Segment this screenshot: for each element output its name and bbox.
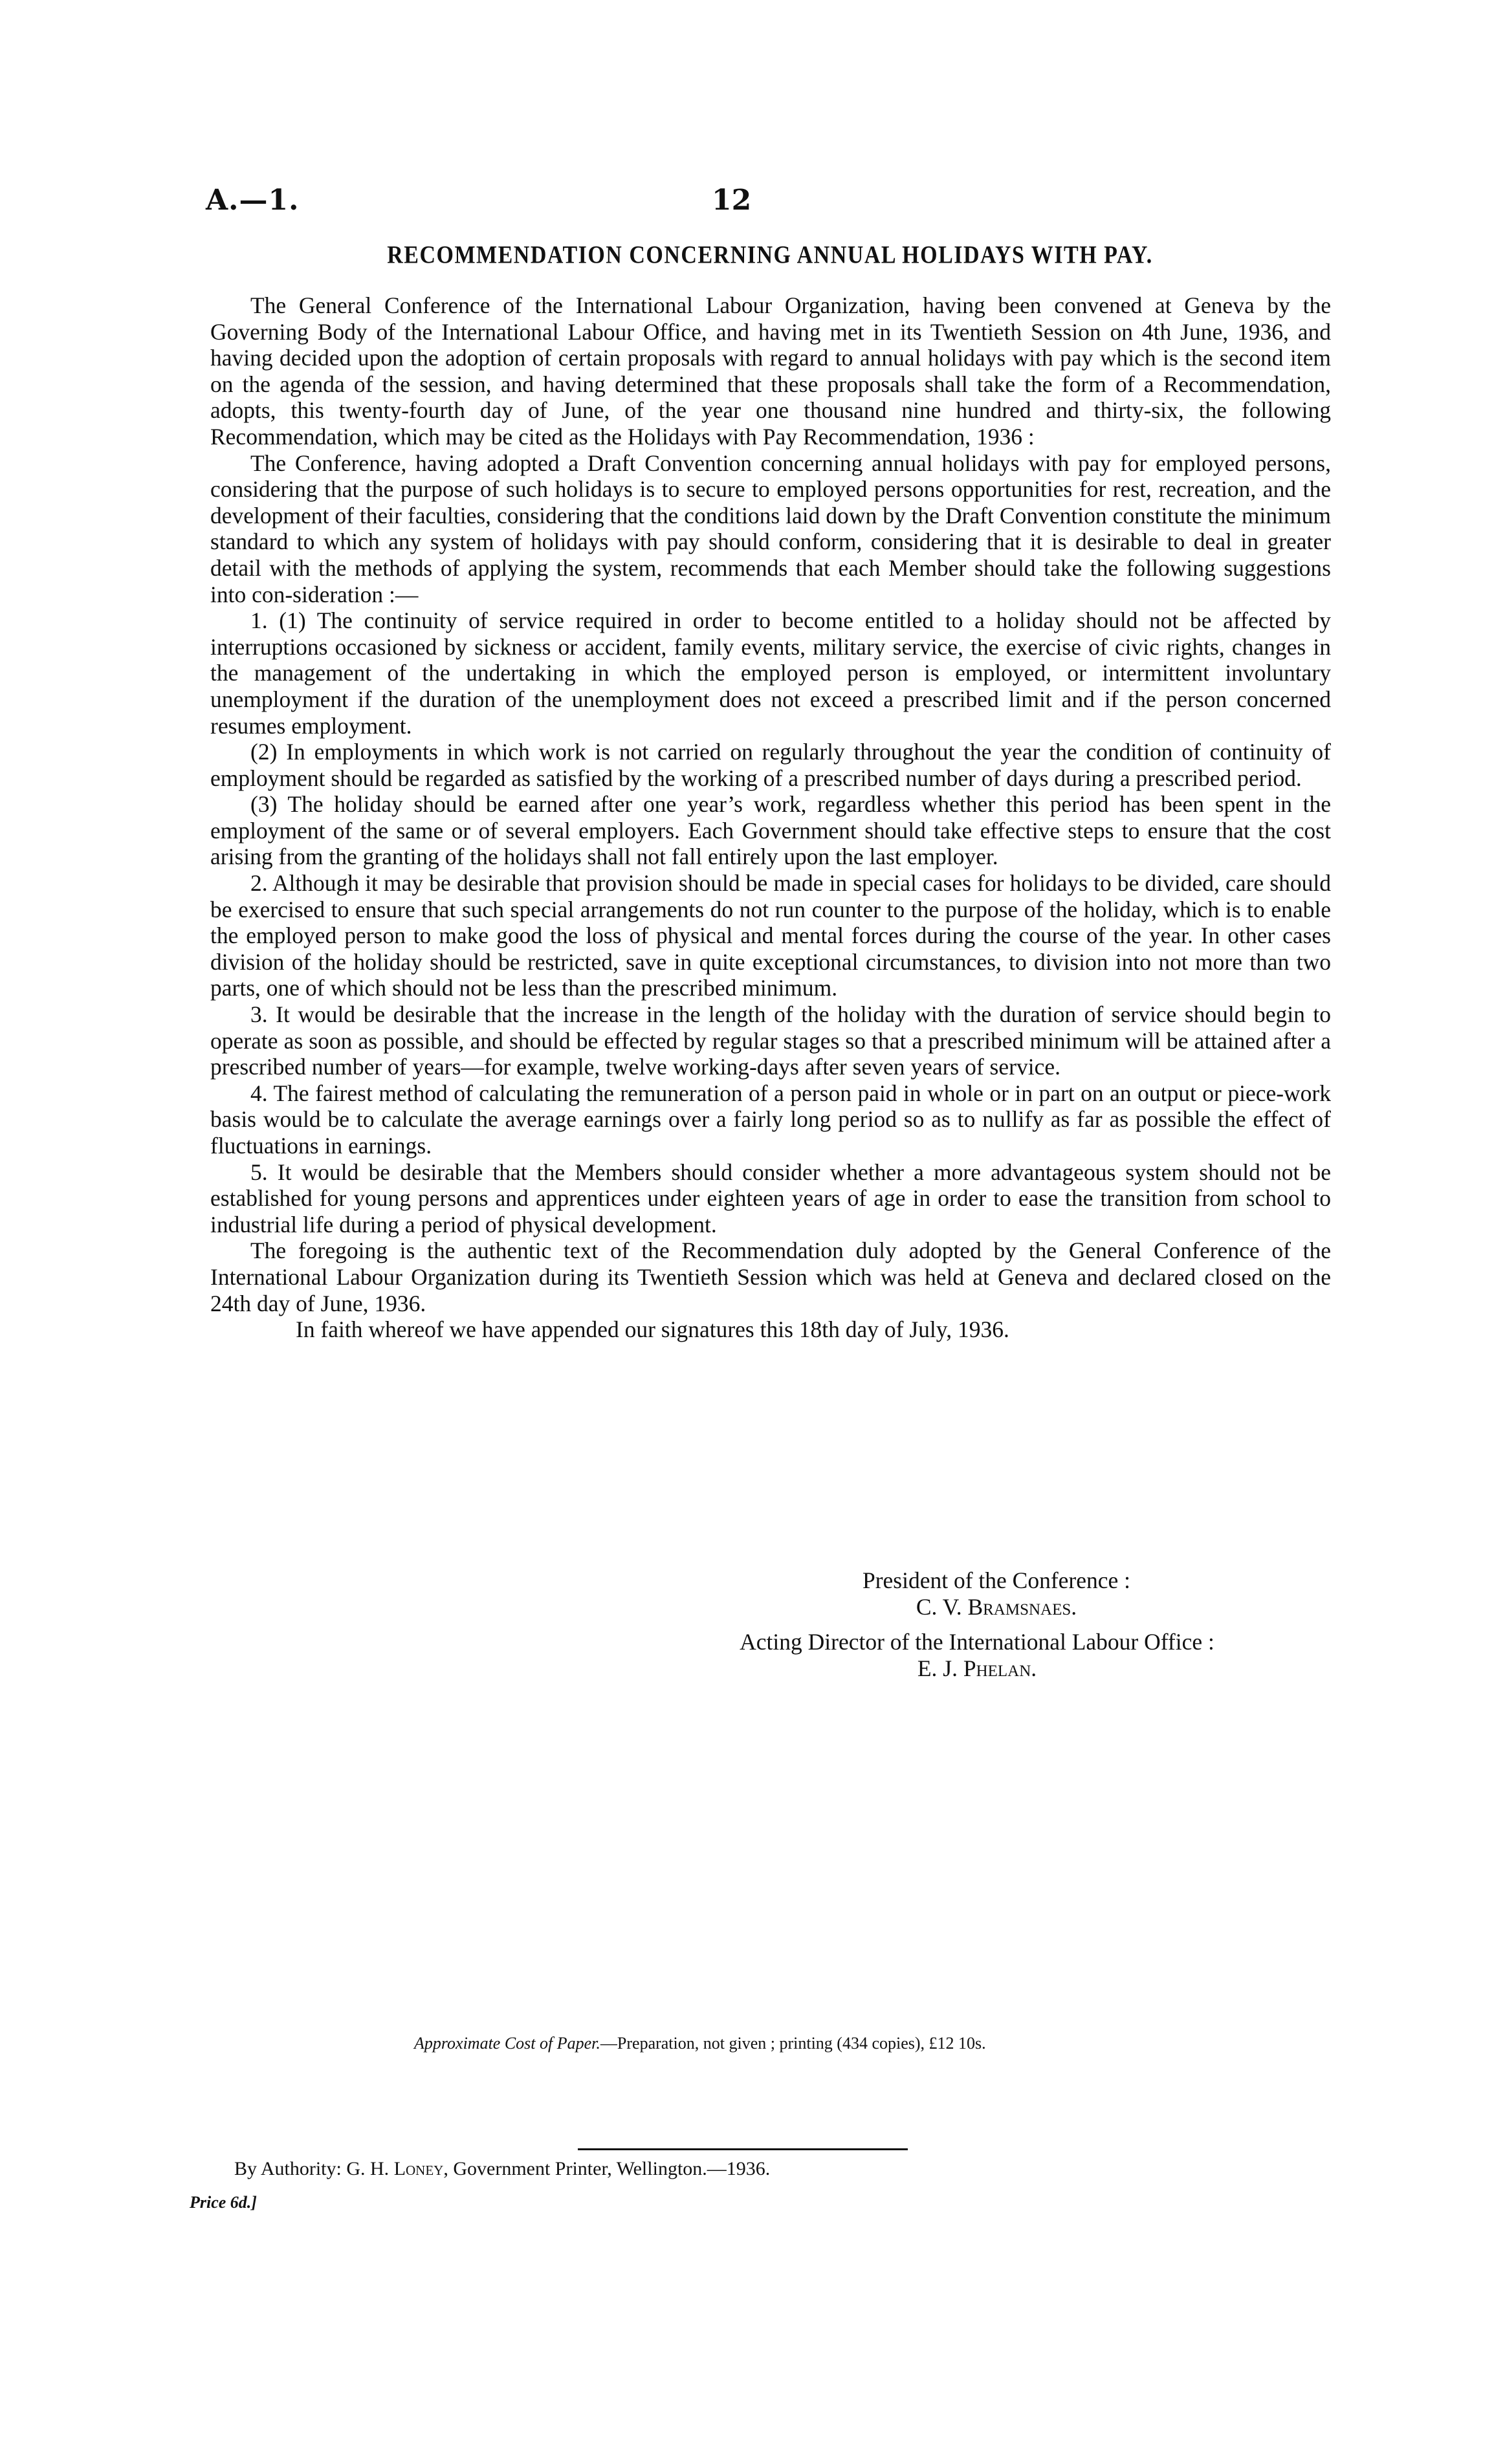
recommendation-paragraph-5: 5. It would be desirable that the Member… [210, 1159, 1331, 1238]
signatory-initials: C. V. [916, 1594, 962, 1620]
cost-label: Approximate Cost of Paper. [414, 2034, 600, 2053]
in-faith-statement: In faith whereof we have appended our si… [210, 1316, 1331, 1343]
signatory-name: E. J. Phelan. [666, 1655, 1288, 1682]
page-reference: A.—1. [206, 184, 299, 217]
page-number: 12 [712, 184, 751, 217]
cost-text: —Preparation, not given ; printing (434 … [600, 2034, 986, 2053]
recommendation-paragraph-1-2: (2) In employments in which work is not … [210, 739, 1331, 791]
signatory-role: President of the Conference : [712, 1567, 1281, 1594]
recommendation-paragraph-1-3: (3) The holiday should be earned after o… [210, 791, 1331, 870]
recommendation-paragraph-1-1: 1. (1) The continuity of service require… [210, 607, 1331, 739]
signature-block-president: President of the Conference : C. V. Bram… [712, 1567, 1281, 1620]
printer-name: Loney [394, 2158, 444, 2179]
price-label: Price 6d.] [190, 2193, 257, 2212]
recommendation-paragraph-2: 2. Although it may be desirable that pro… [210, 870, 1331, 1001]
signatory-role: Acting Director of the International Lab… [666, 1629, 1288, 1655]
signatory-initials: E. J. [917, 1655, 958, 1681]
printer-authority: By Authority: G. H. Loney, Government Pr… [234, 2158, 770, 2180]
authority-suffix: , Government Printer, Wellington.—1936. [443, 2158, 770, 2179]
signatory-surname: Phelan. [963, 1655, 1037, 1681]
considerations-paragraph: The Conference, having adopted a Draft C… [210, 450, 1331, 608]
footer-rule [578, 2148, 908, 2150]
signature-block-director: Acting Director of the International Lab… [666, 1629, 1288, 1681]
document-body: The General Conference of the Internatio… [210, 292, 1331, 1343]
recommendation-paragraph-4: 4. The fairest method of calculating the… [210, 1080, 1331, 1159]
authentication-paragraph: The foregoing is the authentic text of t… [210, 1237, 1331, 1316]
recommendation-paragraph-3: 3. It would be desirable that the increa… [210, 1001, 1331, 1080]
signatory-surname: Bramsnaes. [967, 1594, 1077, 1620]
preamble-paragraph: The General Conference of the Internatio… [210, 292, 1331, 450]
signatory-name: C. V. Bramsnaes. [712, 1594, 1281, 1620]
document-title: RECOMMENDATION CONCERNING ANNUAL HOLIDAY… [194, 241, 1346, 270]
authority-prefix: By Authority: G. H. [234, 2158, 389, 2179]
cost-of-paper-note: Approximate Cost of Paper.—Preparation, … [414, 2034, 986, 2053]
